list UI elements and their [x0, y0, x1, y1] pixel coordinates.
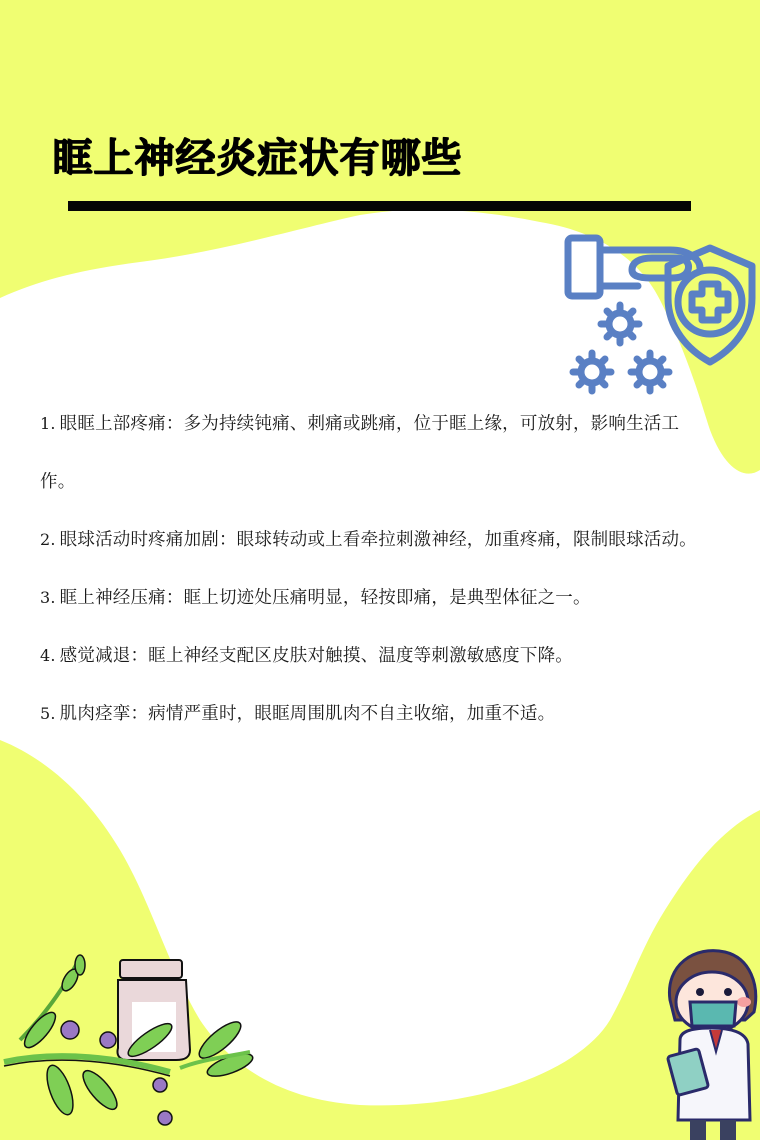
item-text: 眼球活动时疼痛加剧：眼球转动或上看牵拉刺激神经，加重疼痛，限制眼球活动。: [60, 530, 697, 550]
symptom-item-2: 2.眼球活动时疼痛加剧：眼球转动或上看牵拉刺激神经，加重疼痛，限制眼球活动。: [40, 511, 700, 569]
herbs-bottle-illustration: [0, 940, 260, 1140]
item-text: 肌肉痉挛：病情严重时，眼眶周围肌肉不自主收缩，加重不适。: [60, 704, 556, 724]
item-number: 2.: [40, 530, 56, 549]
symptom-item-5: 5.肌肉痉挛：病情严重时，眼眶周围肌肉不自主收缩，加重不适。: [40, 685, 700, 743]
item-number: 3.: [40, 588, 56, 607]
title-underline: [68, 201, 691, 211]
symptom-list: 1.眼眶上部疼痛：多为持续钝痛、刺痛或跳痛，位于眶上缘，可放射，影响生活工作。 …: [40, 395, 700, 743]
item-text: 眶上神经压痛：眶上切迹处压痛明显，轻按即痛，是典型体征之一。: [60, 588, 591, 608]
symptom-item-1: 1.眼眶上部疼痛：多为持续钝痛、刺痛或跳痛，位于眶上缘，可放射，影响生活工作。: [40, 395, 700, 511]
item-number: 4.: [40, 646, 56, 665]
item-text: 感觉减退：眶上神经支配区皮肤对触摸、温度等刺激敏感度下降。: [60, 646, 573, 666]
hand-shield-virus-icon: [560, 228, 760, 400]
symptom-item-3: 3.眶上神经压痛：眶上切迹处压痛明显，轻按即痛，是典型体征之一。: [40, 569, 700, 627]
item-number: 5.: [40, 704, 56, 723]
symptom-item-4: 4.感觉减退：眶上神经支配区皮肤对触摸、温度等刺激敏感度下降。: [40, 627, 700, 685]
item-number: 1.: [40, 414, 56, 433]
item-text: 眼眶上部疼痛：多为持续钝痛、刺痛或跳痛，位于眶上缘，可放射，影响生活工作。: [40, 414, 679, 492]
page-title: 眶上神经炎症状有哪些: [52, 132, 462, 184]
doctor-illustration: [650, 940, 760, 1140]
